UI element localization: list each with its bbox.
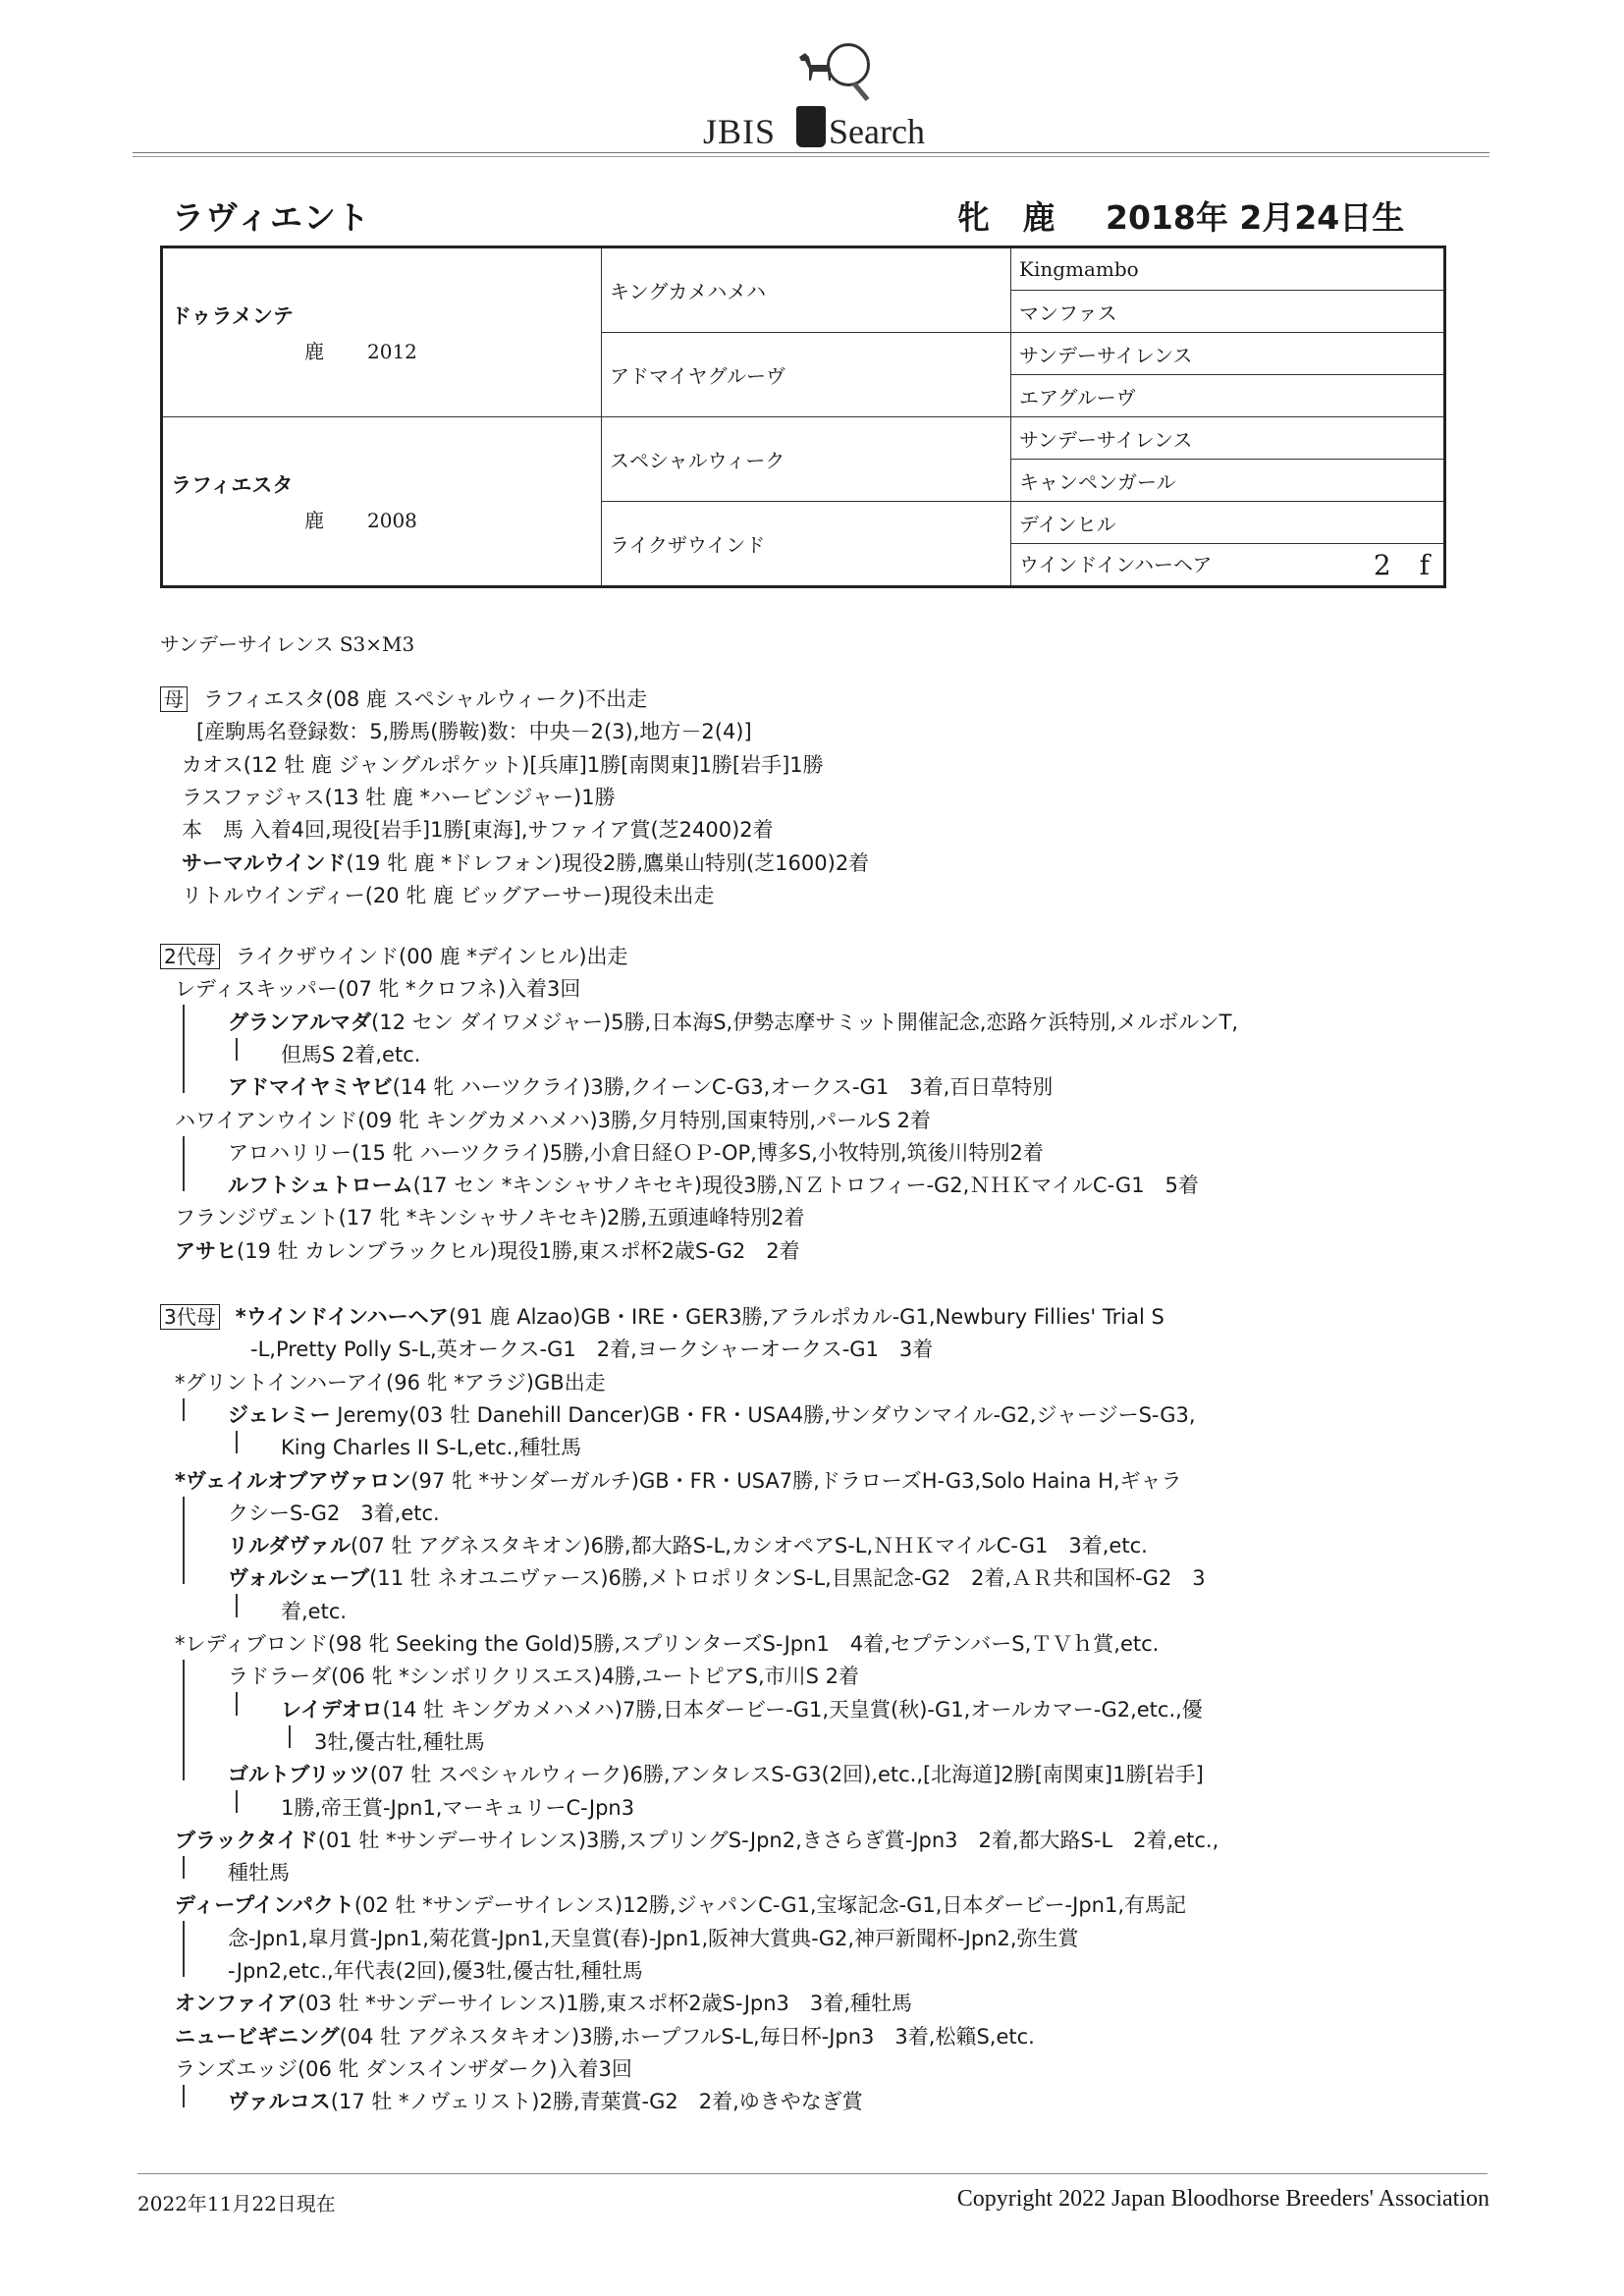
dam-name: ラフィエスタ <box>171 469 593 499</box>
dam-offspring-row: ラスファジャス(13 牡 鹿 *ハービンジャー)1勝 <box>182 784 616 811</box>
pedigree-family-row: ニュービギニング(04 牡 アグネスタキオン)3勝,ホープフルS-L,毎日杯-J… <box>175 2023 1035 2050</box>
entry-name: アドマイヤミヤビ <box>228 1075 393 1099</box>
pedigree-dam: ラフィエスタ 鹿2008 <box>162 417 602 587</box>
tree-connector-line <box>183 1497 185 1585</box>
entry-detail: (19 牡 カレンブラックヒル)現役1勝,東スポ杯2歳S-G2 2着 <box>237 1239 800 1263</box>
dam-offspring-row: リトルウインディー(20 牝 鹿 ビッグアーサー)現役未出走 <box>182 882 714 909</box>
entry-name: レイデオロ <box>281 1698 383 1722</box>
pedigree-family-row: ヴォルシェーブ(11 牡 ネオユニヴァース)6勝,メトロポリタンS-L,目黒記念… <box>228 1564 1206 1592</box>
entry-detail: (07 牝 *クロフネ)入着3回 <box>338 977 580 1001</box>
entry-detail: (02 牡 *サンデーサイレンス)12勝,ジャパンC-G1,宝塚記念-G1,日本… <box>354 1893 1186 1917</box>
pedigree-family-row: ヴァルコス(17 牡 *ノヴェリスト)2勝,青葉賞-G2 2着,ゆきやなぎ賞 <box>228 2088 863 2115</box>
family-number: 2 f <box>1374 549 1439 581</box>
pedigree-family-row: *グリントインハーアイ(96 牝 *アラジ)GB出走 <box>175 1369 606 1396</box>
entry-name: *ヴェイルオブアヴァロン <box>175 1469 410 1493</box>
horse-birthdate: 2018年 2月24日生 <box>1106 198 1404 237</box>
tree-connector-line <box>236 1790 238 1813</box>
tree-connector-line <box>183 1136 185 1192</box>
entry-detail: 1勝,帝王賞-Jpn1,マーキュリーC-Jpn3 <box>281 1796 634 1820</box>
pedigree-family-row: ランズエッジ(06 牝 ダンスインザダーク)入着3回 <box>175 2055 632 2083</box>
horse-profile: 牝 鹿 2018年 2月24日生 <box>957 192 1426 239</box>
pedigree-family-row: フランジヴェント(17 牝 *キンシャサノキセキ)2勝,五頭連峰特別2着 <box>175 1204 805 1231</box>
dam-produce-summary: [産駒馬名登録数：5,勝馬(勝鞍)数：中央－2(3),地方－2(4)] <box>196 718 752 745</box>
horse-sex: 牝 <box>957 198 990 237</box>
dam-color: 鹿 <box>304 509 324 532</box>
entry-detail: (98 牝 Seeking the Gold)5勝,スプリンターズS-Jpn1 … <box>328 1632 1160 1656</box>
entry-detail: 着,etc. <box>281 1600 347 1623</box>
pedigree-family-row: クシーS-G2 3着,etc. <box>228 1500 440 1527</box>
entry-detail: (06 牝 *シンボリクリスエス)4勝,ユートピアS,市川S 2着 <box>331 1665 859 1688</box>
pedigree-gen3-3: サンデーサイレンス <box>1011 333 1445 375</box>
entry-name: ニュービギニング <box>175 2025 340 2049</box>
entry-name: ハワイアンウインド <box>175 1109 357 1132</box>
entry-detail: (17 牡 *ノヴェリスト)2勝,青葉賞-G2 2着,ゆきやなぎ賞 <box>331 2090 863 2113</box>
entry-name: *レディブロンド <box>175 1632 328 1656</box>
tree-connector-line <box>183 1921 185 1977</box>
entry-detail: (96 牝 *アラジ)GB出走 <box>386 1371 606 1394</box>
entry-name: ブラックタイド <box>175 1829 318 1852</box>
entry-detail: (11 牡 ネオユニヴァース)6勝,メトロポリタンS-L,目黒記念-G2 2着,… <box>369 1566 1206 1590</box>
entry-detail: (04 牡 アグネスタキオン)3勝,ホープフルS-L,毎日杯-Jpn3 3着,松… <box>340 2025 1035 2049</box>
entry-detail: (01 牡 *サンデーサイレンス)3勝,スプリングS-Jpn2,きさらぎ賞-Jp… <box>318 1829 1219 1852</box>
pedigree-sire: ドゥラメンテ 鹿2012 <box>162 247 602 417</box>
dam-head-text: ラフィエスタ(08 鹿 スペシャルウィーク)不出走 <box>203 687 647 711</box>
entry-detail: 但馬S 2着,etc. <box>281 1043 420 1066</box>
pedigree-family-row: 1勝,帝王賞-Jpn1,マーキュリーC-Jpn3 <box>281 1794 634 1822</box>
great-granddam-section-head: 3代母*ウインドインハーヘア(91 鹿 Alzao)GB・IRE・GER3勝,ア… <box>160 1303 1164 1331</box>
tree-connector-line <box>236 1038 238 1061</box>
tree-connector-line <box>183 1005 185 1093</box>
pedigree-family-row: レイデオロ(14 牡 キングカメハメハ)7勝,日本ダービー-G1,天皇賞(秋)-… <box>281 1696 1203 1723</box>
magnifier-handle <box>852 82 870 101</box>
entry-name: サーマルウインド <box>182 851 346 875</box>
pedigree-dam-sire: スペシャルウィーク <box>602 417 1011 502</box>
entry-detail: (97 牝 *サンダーガルチ)GB・FR・USA7勝,ドラローズH-G3,Sol… <box>410 1469 1181 1493</box>
pedigree-gen3-6: キャンペンガール <box>1011 460 1445 502</box>
great-granddam-head-text: (91 鹿 Alzao)GB・IRE・GER3勝,アラルポカル-G1,Newbu… <box>449 1305 1164 1329</box>
pedigree-family-row: ディープインパクト(02 牡 *サンデーサイレンス)12勝,ジャパンC-G1,宝… <box>175 1891 1186 1919</box>
pedigree-family-row: -Jpn2,etc.,年代表(2回),優3牡,優古牡,種牡馬 <box>228 1957 643 1985</box>
header-divider <box>133 152 1489 157</box>
sire-color: 鹿 <box>304 340 324 363</box>
entry-name: アロハリリー <box>228 1141 352 1165</box>
horse-name: ラヴィエント <box>172 192 370 239</box>
entry-detail: (07 牡 アグネスタキオン)6勝,都大路S-L,カシオペアS-L,ＮＨＫマイル… <box>351 1534 1148 1558</box>
entry-detail: 念-Jpn1,皐月賞-Jpn1,菊花賞-Jpn1,天皇賞(春)-Jpn1,阪神大… <box>228 1927 1079 1950</box>
pedigree-family-row: レディスキッパー(07 牝 *クロフネ)入着3回 <box>175 975 580 1003</box>
entry-name: ディープインパクト <box>175 1893 354 1917</box>
pedigree-family-row: アサヒ(19 牡 カレンブラックヒル)現役1勝,東スポ杯2歳S-G2 2着 <box>175 1237 800 1265</box>
pedigree-gen3-8: ウインドインハーヘア2 f <box>1011 544 1445 587</box>
dam-offspring-row: サーマルウインド(19 牝 鹿 *ドレフォン)現役2勝,鷹巣山特別(芝1600)… <box>182 849 869 877</box>
magnifier-icon <box>827 43 870 86</box>
pedigree-family-row: リルダヴァル(07 牡 アグネスタキオン)6勝,都大路S-L,カシオペアS-L,… <box>228 1532 1148 1559</box>
tree-connector-line <box>183 1398 185 1421</box>
pedigree-family-row: オンファイア(03 牡 *サンデーサイレンス)1勝,東スポ杯2歳S-Jpn3 3… <box>175 1990 912 2017</box>
dam-year: 2008 <box>367 509 417 532</box>
section-label-great-granddam: 3代母 <box>160 1304 220 1330</box>
great-granddam-head-cont: -L,Pretty Polly S-L,英オークス-G1 2着,ヨークシャーオー… <box>250 1336 933 1363</box>
entry-name: ランズエッジ <box>175 2057 298 2081</box>
pedigree-family-row: King Charles II S-L,etc.,種牡馬 <box>281 1434 581 1461</box>
tree-connector-line <box>236 1431 238 1453</box>
pedigree-family-row: *レディブロンド(98 牝 Seeking the Gold)5勝,スプリンター… <box>175 1630 1159 1658</box>
entry-name: ラドラーダ <box>228 1665 331 1688</box>
pedigree-gen3-5: サンデーサイレンス <box>1011 417 1445 460</box>
entry-detail: (19 牝 鹿 *ドレフォン)現役2勝,鷹巣山特別(芝1600)2着 <box>346 851 869 875</box>
entry-detail: (17 セン *キンシャサノキセキ)現役3勝,ＮＺトロフィー-G2,ＮＨＫマイル… <box>413 1174 1199 1197</box>
granddam-head-text: ライクザウインド(00 鹿 *デインヒル)出走 <box>236 945 628 968</box>
entry-detail: (03 牡 *サンデーサイレンス)1勝,東スポ杯2歳S-Jpn3 3着,種牡馬 <box>298 1992 912 2015</box>
entry-detail: 種牡馬 <box>228 1861 290 1885</box>
tree-connector-line <box>236 1692 238 1715</box>
copyright: Copyright 2022 Japan Bloodhorse Breeders… <box>957 2186 1489 2213</box>
entry-name: カオス <box>182 753 244 777</box>
pedigree-gen3-1: Kingmambo <box>1011 247 1445 291</box>
pedigree-gen3-2: マンファス <box>1011 291 1445 333</box>
entry-detail: 入着4回,現役[岩手]1勝[東海],サファイア賞(芝2400)2着 <box>244 818 774 842</box>
tree-connector-line <box>236 1594 238 1616</box>
pedigree-family-row: 但馬S 2着,etc. <box>281 1041 420 1068</box>
entry-detail: (14 牡 キングカメハメハ)7勝,日本ダービー-G1,天皇賞(秋)-G1,オー… <box>383 1698 1203 1722</box>
entry-detail: (06 牝 ダンスインザダーク)入着3回 <box>298 2057 632 2081</box>
entry-detail: (13 牡 鹿 *ハービンジャー)1勝 <box>325 786 616 809</box>
great-granddam-name: *ウインドインハーヘア <box>236 1305 449 1329</box>
tree-connector-line <box>289 1725 291 1748</box>
entry-name: リルダヴァル <box>228 1534 351 1558</box>
pedigree-sire-sire: キングカメハメハ <box>602 247 1011 333</box>
pedigree-gen3-7: デインヒル <box>1011 502 1445 544</box>
entry-name: オンファイア <box>175 1992 298 2015</box>
entry-detail: (17 牝 *キンシャサノキセキ)2勝,五頭連峰特別2着 <box>339 1206 805 1230</box>
entry-name: ヴァルコス <box>228 2090 331 2113</box>
sire-name: ドゥラメンテ <box>171 301 593 330</box>
tree-connector-line <box>183 1856 185 1879</box>
entry-detail: (07 牡 スペシャルウィーク)6勝,アンタレスS-G3(2回),etc.,[北… <box>370 1763 1204 1786</box>
logo-text-search: Search <box>829 114 925 149</box>
entry-detail: (12 セン ダイワメジャー)5勝,日本海S,伊勢志摩サミット開催記念,恋路ケ浜… <box>371 1011 1238 1034</box>
sire-year: 2012 <box>367 340 417 363</box>
entry-detail: (12 牡 鹿 ジャングルポケット)[兵庫]1勝[南関東]1勝[岩手]1勝 <box>244 753 824 777</box>
entry-name: ジェレミー <box>228 1403 331 1427</box>
pedigree-family-row: ハワイアンウインド(09 牝 キングカメハメハ)3勝,夕月特別,国東特別,パール… <box>175 1107 931 1134</box>
entry-detail: 3牡,優古牡,種牡馬 <box>314 1730 485 1754</box>
entry-detail: (15 牝 ハーツクライ)5勝,小倉日経ＯＰ-OP,博多S,小牧特別,筑後川特別… <box>352 1141 1044 1165</box>
tree-connector-line <box>183 2085 185 2107</box>
pedigree-family-row: 種牡馬 <box>228 1859 290 1886</box>
pedigree-family-row: グランアルマダ(12 セン ダイワメジャー)5勝,日本海S,伊勢志摩サミット開催… <box>228 1009 1238 1036</box>
as-of-date: 2022年11月22日現在 <box>137 2188 336 2216</box>
entry-name: ゴルトブリッツ <box>228 1763 370 1786</box>
tree-connector-line <box>183 1660 185 1780</box>
pedigree-sire-dam: アドマイヤグルーヴ <box>602 333 1011 417</box>
entry-name: ルフトシュトローム <box>228 1174 413 1197</box>
dam-offspring-row: カオス(12 牡 鹿 ジャングルポケット)[兵庫]1勝[南関東]1勝[岩手]1勝 <box>182 751 824 779</box>
pedigree-family-row: ラドラーダ(06 牝 *シンボリクリスエス)4勝,ユートピアS,市川S 2着 <box>228 1663 859 1690</box>
pedigree-family-row: アドマイヤミヤビ(14 牝 ハーツクライ)3勝,クイーンC-G3,オークス-G1… <box>228 1073 1053 1101</box>
pedigree-gen3-4: エアグルーヴ <box>1011 375 1445 417</box>
entry-name: フランジヴェント <box>175 1206 339 1230</box>
pedigree-family-row: ブラックタイド(01 牡 *サンデーサイレンス)3勝,スプリングS-Jpn2,き… <box>175 1827 1218 1854</box>
dam-offspring-row: 本 馬 入着4回,現役[岩手]1勝[東海],サファイア賞(芝2400)2着 <box>182 816 774 844</box>
entry-name: グランアルマダ <box>228 1011 371 1034</box>
entry-name: アサヒ <box>175 1239 237 1263</box>
pedigree-family-row: *ヴェイルオブアヴァロン(97 牝 *サンダーガルチ)GB・FR・USA7勝,ド… <box>175 1467 1182 1495</box>
jbis-search-logo: JBIS Search <box>703 39 939 149</box>
logo-text-jbis: JBIS <box>703 114 776 149</box>
horse-color: 鹿 <box>1023 198 1056 237</box>
entry-name: レディスキッパー <box>175 977 338 1001</box>
pedigree-family-row: アロハリリー(15 牝 ハーツクライ)5勝,小倉日経ＯＰ-OP,博多S,小牧特別… <box>228 1139 1044 1167</box>
logo-bucket-icon <box>796 106 826 147</box>
entry-detail: (20 牝 鹿 ビッグアーサー)現役未出走 <box>365 884 715 907</box>
entry-name: リトルウインディー <box>182 884 365 907</box>
pedigree-family-row: 3牡,優古牡,種牡馬 <box>314 1728 485 1756</box>
entry-detail: -Jpn2,etc.,年代表(2回),優3牡,優古牡,種牡馬 <box>228 1959 643 1983</box>
section-label-dam: 母 <box>160 686 188 712</box>
pedigree-family-row: ジェレミー Jeremy(03 牡 Danehill Dancer)GB・FR・… <box>228 1401 1196 1429</box>
granddam-section-head: 2代母ライクザウインド(00 鹿 *デインヒル)出走 <box>160 943 628 970</box>
footer-divider <box>137 2173 1488 2174</box>
pedigree-table: ドゥラメンテ 鹿2012 キングカメハメハ Kingmambo マンファス アド… <box>160 246 1446 588</box>
entry-detail: Jeremy(03 牡 Danehill Dancer)GB・FR・USA4勝,… <box>331 1403 1196 1427</box>
pedigree-family-row: ゴルトブリッツ(07 牡 スペシャルウィーク)6勝,アンタレスS-G3(2回),… <box>228 1761 1204 1788</box>
pedigree-family-row: 念-Jpn1,皐月賞-Jpn1,菊花賞-Jpn1,天皇賞(春)-Jpn1,阪神大… <box>228 1925 1079 1952</box>
pedigree-dam-dam: ライクザウインド <box>602 502 1011 587</box>
entry-detail: King Charles II S-L,etc.,種牡馬 <box>281 1436 581 1459</box>
entry-detail: クシーS-G2 3着,etc. <box>228 1502 440 1525</box>
pedigree-family-row: 着,etc. <box>281 1598 347 1625</box>
entry-name: ヴォルシェーブ <box>228 1566 369 1590</box>
entry-name: 本 馬 <box>182 818 244 842</box>
entry-detail: (09 牝 キングカメハメハ)3勝,夕月特別,国東特別,パールS 2着 <box>357 1109 931 1132</box>
entry-detail: (14 牝 ハーツクライ)3勝,クイーンC-G3,オークス-G1 3着,百日草特… <box>393 1075 1054 1099</box>
dam-section-head: 母ラフィエスタ(08 鹿 スペシャルウィーク)不出走 <box>160 685 647 713</box>
pedigree-family-row: ルフトシュトローム(17 セン *キンシャサノキセキ)現役3勝,ＮＺトロフィー-… <box>228 1172 1199 1199</box>
entry-name: *グリントインハーアイ <box>175 1371 386 1394</box>
pedigree-gen3-8-name: ウインドインハーヘア <box>1019 553 1212 576</box>
entry-name: ラスファジャス <box>182 786 325 809</box>
section-label-granddam: 2代母 <box>160 944 220 969</box>
inbreeding-note: サンデーサイレンス S3×M3 <box>160 629 414 657</box>
